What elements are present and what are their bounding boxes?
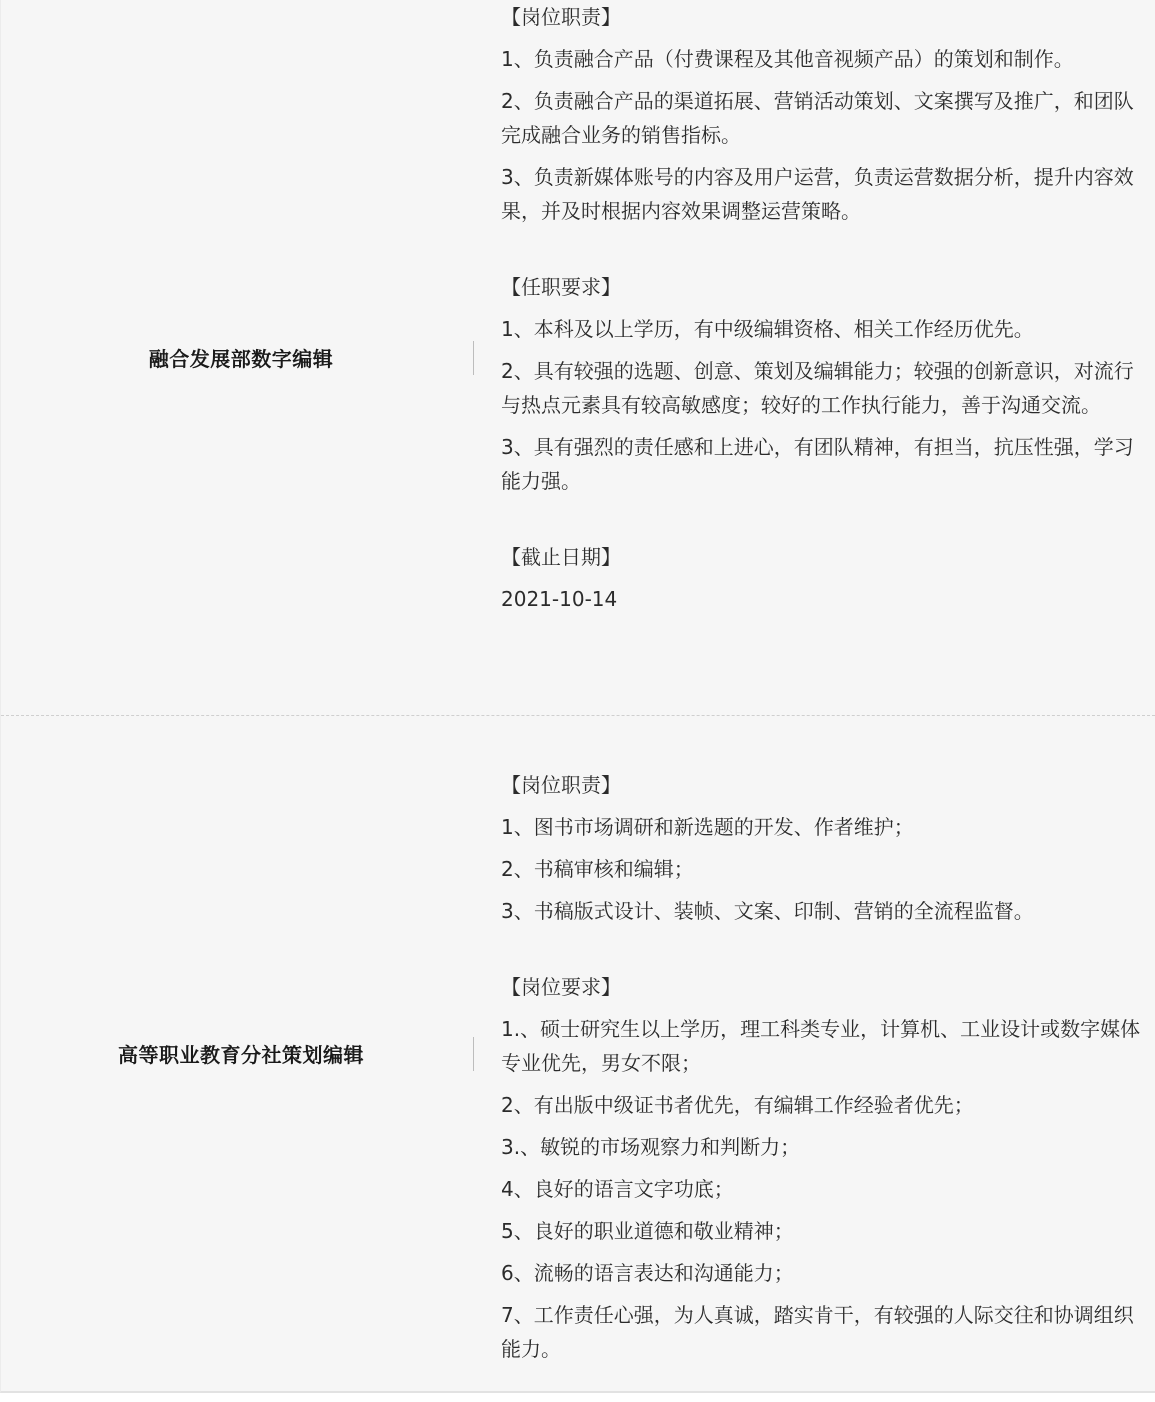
duty-item: 1、图书市场调研和新选题的开发、作者维护； (501, 810, 1143, 844)
job-title-cell: 融合发展部数字编辑 (1, 0, 481, 715)
duty-item: 2、书稿审核和编辑； (501, 852, 1143, 886)
requirements-heading: 【岗位要求】 (501, 970, 1143, 1004)
job-title: 融合发展部数字编辑 (149, 343, 334, 372)
section-spacer (501, 506, 1143, 540)
section-spacer (501, 236, 1143, 270)
requirement-item: 2、具有较强的选题、创意、策划及编辑能力；较强的创新意识，对流行与热点元素具有较… (501, 354, 1143, 422)
duties-heading: 【岗位职责】 (501, 768, 1143, 802)
requirement-item: 1、本科及以上学历，有中级编辑资格、相关工作经历优先。 (501, 312, 1143, 346)
duties-heading: 【岗位职责】 (501, 0, 1143, 34)
job-description-cell: 【岗位职责】 1、负责融合产品（付费课程及其他音视频产品）的策划和制作。 2、负… (481, 0, 1155, 715)
requirement-item: 4、良好的语言文字功底； (501, 1172, 1143, 1206)
section-spacer (501, 936, 1143, 970)
job-title: 高等职业教育分社策划编辑 (118, 1039, 364, 1068)
duty-item: 3、负责新媒体账号的内容及用户运营，负责运营数据分析，提升内容效果，并及时根据内… (501, 160, 1143, 228)
requirement-item: 5、良好的职业道德和敬业精神； (501, 1214, 1143, 1248)
requirement-item: 6、流畅的语言表达和沟通能力； (501, 1256, 1143, 1290)
duty-item: 1、负责融合产品（付费课程及其他音视频产品）的策划和制作。 (501, 42, 1143, 76)
deadline-heading: 【截止日期】 (501, 540, 1143, 574)
requirement-item: 3.、敏锐的市场观察力和判断力； (501, 1130, 1143, 1164)
requirement-item: 2、有出版中级证书者优先，有编辑工作经验者优先； (501, 1088, 1143, 1122)
requirement-item: 7、工作责任心强，为人真诚，踏实肯干，有较强的人际交往和协调组织能力。 (501, 1298, 1143, 1366)
column-separator (473, 341, 474, 375)
job-title-cell: 高等职业教育分社策划编辑 (1, 716, 481, 1391)
job-listing-table: 融合发展部数字编辑 【岗位职责】 1、负责融合产品（付费课程及其他音视频产品）的… (0, 0, 1155, 1393)
column-separator (473, 1037, 474, 1071)
requirements-heading: 【任职要求】 (501, 270, 1143, 304)
requirement-item: 1.、硕士研究生以上学历，理工科类专业，计算机、工业设计或数字媒体专业优先，男女… (501, 1012, 1143, 1080)
job-row: 融合发展部数字编辑 【岗位职责】 1、负责融合产品（付费课程及其他音视频产品）的… (1, 0, 1155, 715)
job-row: 高等职业教育分社策划编辑 【岗位职责】 1、图书市场调研和新选题的开发、作者维护… (1, 715, 1155, 1391)
requirement-item: 3、具有强烈的责任感和上进心，有团队精神，有担当，抗压性强，学习能力强。 (501, 430, 1143, 498)
duty-item: 2、负责融合产品的渠道拓展、营销活动策划、文案撰写及推广，和团队完成融合业务的销… (501, 84, 1143, 152)
duty-item: 3、书稿版式设计、装帧、文案、印制、营销的全流程监督。 (501, 894, 1143, 928)
job-description-cell: 【岗位职责】 1、图书市场调研和新选题的开发、作者维护； 2、书稿审核和编辑； … (481, 716, 1155, 1391)
deadline-value: 2021-10-14 (501, 582, 1143, 616)
